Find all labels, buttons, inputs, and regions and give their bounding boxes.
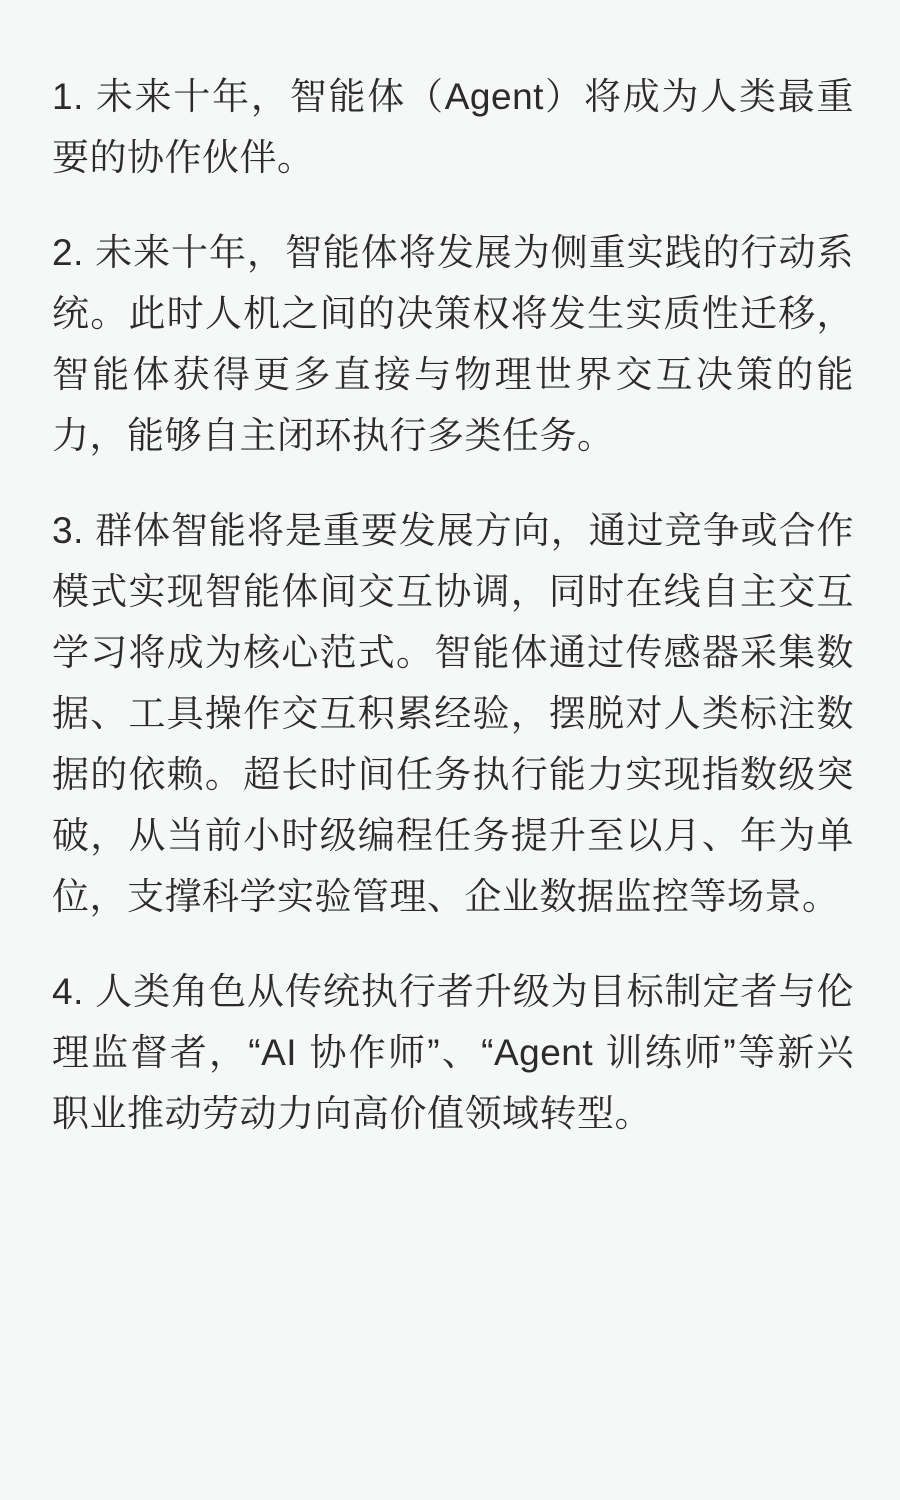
text-document: 1. 未来十年，智能体（Agent）将成为人类最重要的协作伙伴。 2. 未来十年…	[0, 0, 900, 1500]
paragraph-2: 2. 未来十年，智能体将发展为侧重实践的行动系统。此时人机之间的决策权将发生实质…	[52, 222, 854, 466]
paragraph-1: 1. 未来十年，智能体（Agent）将成为人类最重要的协作伙伴。	[52, 66, 854, 188]
paragraph-4: 4. 人类角色从传统执行者升级为目标制定者与伦理监督者，“AI 协作师”、“Ag…	[52, 961, 854, 1144]
paragraph-3: 3. 群体智能将是重要发展方向，通过竞争或合作模式实现智能体间交互协调，同时在线…	[52, 500, 854, 927]
